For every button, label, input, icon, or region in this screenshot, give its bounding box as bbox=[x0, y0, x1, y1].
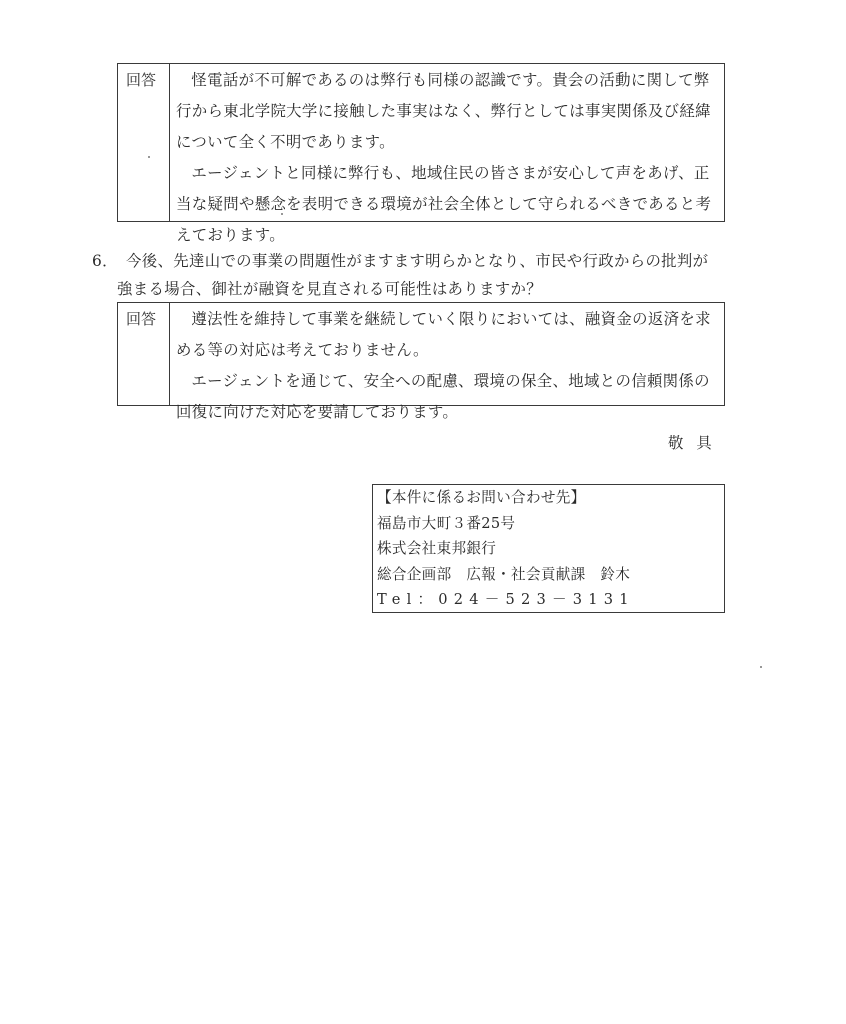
question-text-line2: 強まる場合、御社が融資を見直される可能性はありますか？ bbox=[92, 275, 732, 303]
answer-paragraph: 遵法性を維持して事業を継続していく限りにおいては、融資金の返済を求める等の対応は… bbox=[176, 304, 718, 366]
answer-box-question6: 回答 遵法性を維持して事業を継続していく限りにおいては、融資金の返済を求める等の… bbox=[117, 302, 725, 406]
answer-paragraph: 怪電話が不可解であるのは弊行も同様の認識です。貴会の活動に関して弊行から東北学院… bbox=[176, 65, 718, 158]
answer-text: 遵法性を維持して事業を継続していく限りにおいては、融資金の返済を求める等の対応は… bbox=[170, 303, 724, 405]
contact-company: 株式会社東邦銀行 bbox=[377, 536, 724, 562]
contact-department: 総合企画部 広報・社会貢献課 鈴木 bbox=[377, 562, 724, 588]
question-number: 6． bbox=[92, 247, 126, 275]
answer-label: 回答 bbox=[118, 303, 170, 405]
question-6: 6．今後、先達山での事業の問題性がますます明らかとなり、市民や行政からの批判が … bbox=[92, 247, 732, 303]
question-text-line1: 今後、先達山での事業の問題性がますます明らかとなり、市民や行政からの批判が bbox=[126, 252, 708, 270]
answer-text: 怪電話が不可解であるのは弊行も同様の認識です。貴会の活動に関して弊行から東北学院… bbox=[170, 64, 724, 221]
answer-paragraph: エージェントを通じて、安全への配慮、環境の保全、地域との信頼関係の回復に向けた対… bbox=[176, 366, 718, 428]
contact-box: 【本件に係るお問い合わせ先】 福島市大町３番25号 株式会社東邦銀行 総合企画部… bbox=[372, 484, 725, 613]
scan-speck bbox=[148, 156, 150, 158]
contact-heading: 【本件に係るお問い合わせ先】 bbox=[377, 485, 724, 511]
scan-speck bbox=[760, 666, 762, 668]
answer-paragraph: エージェントと同様に弊行も、地域住民の皆さまが安心して声をあげ、正当な疑問や懸念… bbox=[176, 158, 718, 251]
contact-address: 福島市大町３番25号 bbox=[377, 511, 724, 537]
answer-label: 回答 bbox=[118, 64, 170, 221]
closing-salutation: 敬具 bbox=[668, 431, 725, 453]
contact-tel: Tel：024－523－3131 bbox=[377, 587, 724, 613]
scan-speck bbox=[281, 213, 283, 215]
answer-box-section5: 回答 怪電話が不可解であるのは弊行も同様の認識です。貴会の活動に関して弊行から東… bbox=[117, 63, 725, 222]
